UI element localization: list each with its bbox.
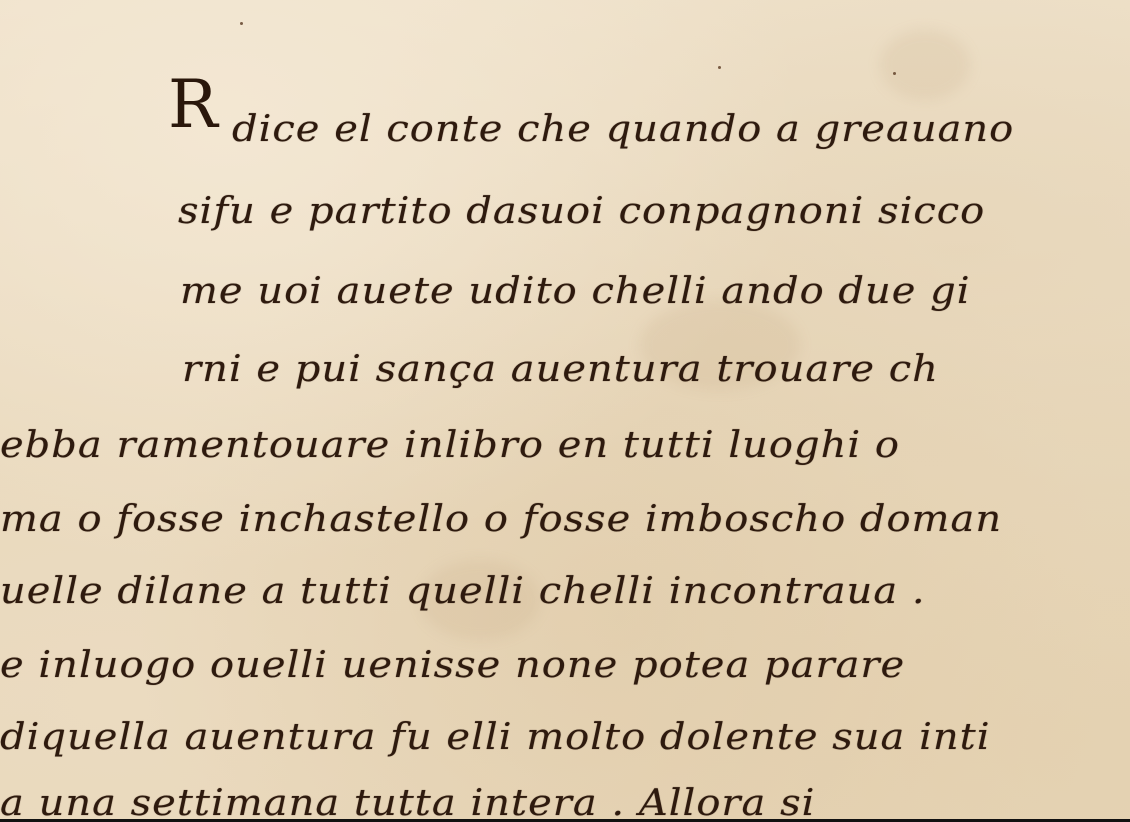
- manuscript-line: uelle dilane a tutti quelli chelli incon…: [0, 571, 926, 612]
- manuscript-line: e inluogo ouelli uenisse none potea para…: [0, 645, 905, 686]
- manuscript-line: a una settimana tutta intera . Allora si: [0, 783, 815, 822]
- ink-speck: [718, 66, 721, 69]
- manuscript-line: diquella auentura fu elli molto dolente …: [0, 717, 991, 758]
- manuscript-page: R dice el conte che quando a greauano si…: [0, 0, 1130, 822]
- manuscript-line: me uoi auete udito chelli ando due gi: [180, 271, 971, 312]
- manuscript-line: ma o fosse inchastello o fosse imboscho …: [0, 499, 1002, 540]
- manuscript-line: ebba ramentouare inlibro en tutti luoghi…: [0, 425, 900, 466]
- manuscript-line: sifu e partito dasuoi conpagnoni sicco: [178, 191, 985, 232]
- parchment-stain: [880, 30, 970, 100]
- manuscript-line: dice el conte che quando a greauano: [232, 109, 1014, 150]
- decorated-initial: R: [168, 72, 218, 138]
- ink-speck: [240, 22, 243, 25]
- ink-speck: [893, 72, 896, 75]
- manuscript-line: rni e pui sança auentura trouare ch: [182, 349, 939, 390]
